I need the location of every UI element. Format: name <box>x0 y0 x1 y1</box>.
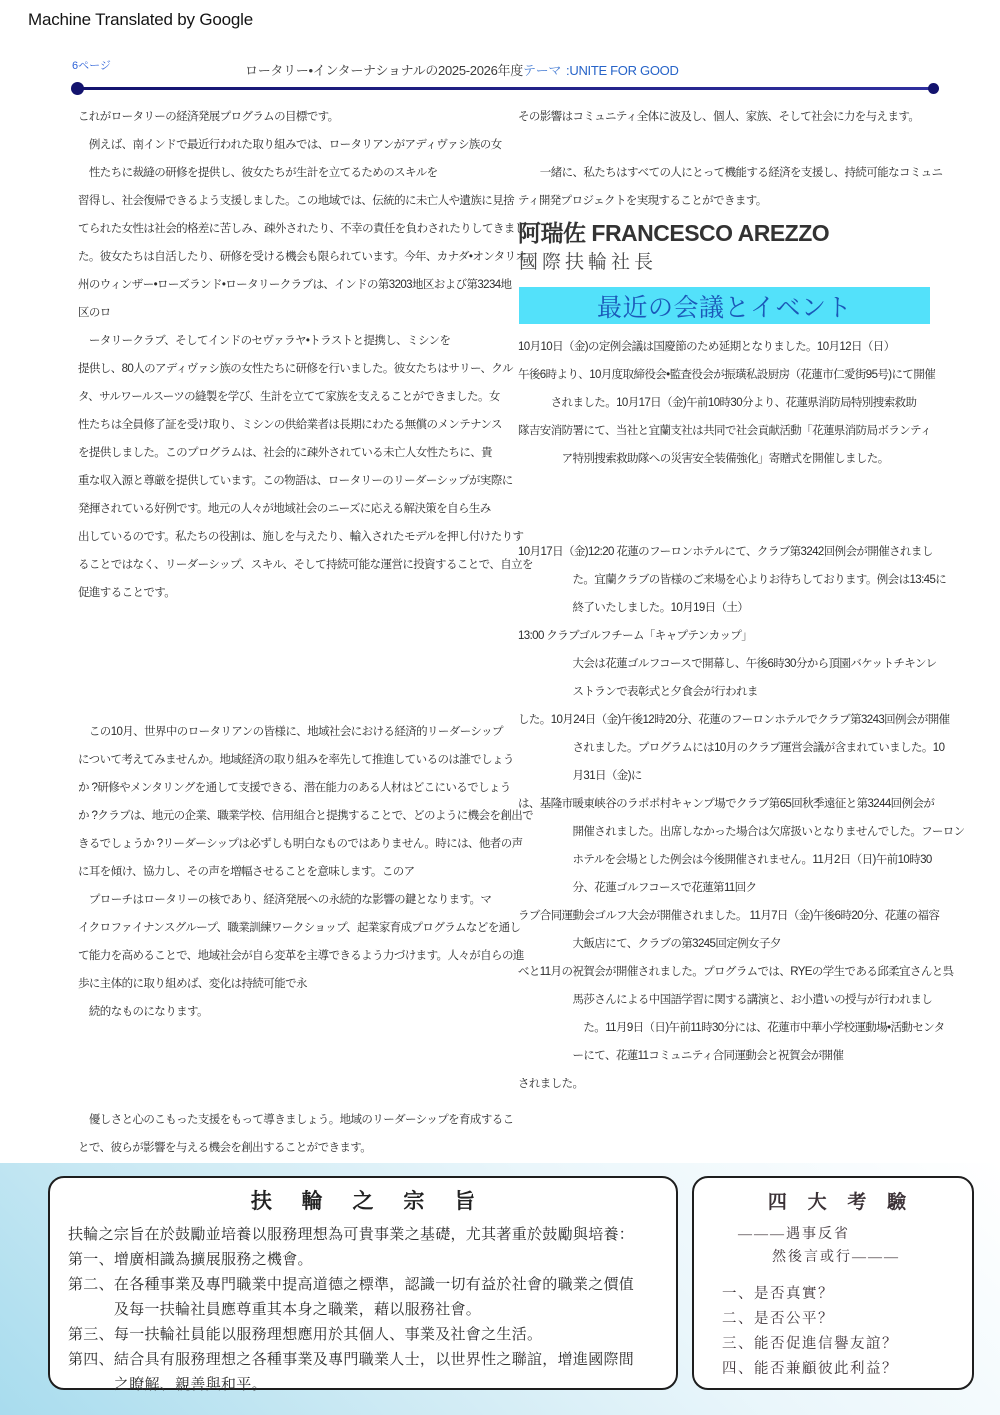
text-line: タ、サルワールスーツの縫製を学び、生計を立てて家族を支えることができました。女 <box>78 383 548 411</box>
text-line: 午後6時より、10月度取締役会•監査役会が振璜私設厨房（花蓮市仁愛街95号)にて… <box>518 361 948 389</box>
text-line: 隊吉安消防署にて、当社と宜蘭支社は共同で社会貢献活動「花蓮県消防局ボランティ <box>518 417 948 445</box>
text-line: について考えてみませんか。地域経済の取り組みを率先して推進しているのは誰でしょう <box>78 746 548 774</box>
text-line: きるでしょうか ?リーダーシップは必ずしも明白なものではありません。時には、他者… <box>78 830 548 858</box>
right-column-intro: その影響はコミュニティ全体に波及し、個人、家族、そして社会に力を与えます。 一緒… <box>518 103 948 215</box>
text-line: 馬莎さんによる中国語学習に関する講演と、お小遣いの授与が行われまし <box>518 986 948 1014</box>
text-line: 10月17日（金)12:20 花蓮のフーロンホテルにて、クラブ第3242回例会が… <box>518 538 948 566</box>
president-signature-title: 國際扶輪社長 <box>519 247 657 274</box>
text-line: されました。10月17日（金)午前10時30分より、花蓮県消防局特別捜索救助 <box>518 389 948 417</box>
text-line: 三、能否促進信譽友誼？ <box>722 1332 960 1357</box>
text-line: た。彼女たちは自活したり、研修を受ける機会も限られています。今年、カナダ•オンタ… <box>78 243 548 271</box>
text-line: てられた女性は社会的格差に苦しみ、疎外されたり、不幸の責任を負わされたりしてきま… <box>78 215 548 243</box>
text-line: 大飯店にて、クラブの第3245回定例女子夕 <box>518 930 948 958</box>
text-line: 歩に主体的に取り組めば、変化は持続可能で永 <box>78 970 548 998</box>
text-line: べと11月の祝賀会が開催されました。プログラムでは、RYEの学生である邱柔宜さん… <box>518 958 948 986</box>
header-theme-value: :UNITE FOR GOOD <box>566 63 679 78</box>
text-line: は、基隆市暖東峡谷のラポポ村キャンプ場でクラブ第65回秋季遠征と第3244回例会… <box>518 790 948 818</box>
text-line: 性たちに裁縫の研修を提供し、彼女たちが生計を立てるためのスキルを <box>78 159 548 187</box>
president-signature-name: 阿瑞佐 FRANCESCO AREZZO <box>518 215 829 248</box>
text-line: 一、是否真實？ <box>722 1282 960 1307</box>
text-line: 州のウィンザー•ローズランド•ロータリークラブは、インドの第3203地区および第… <box>78 271 548 299</box>
text-line: ーにて、花蓮11コミュニティ合同運動会と祝賀会が開催 <box>518 1042 948 1070</box>
text-line: これがロータリーの経済発展プログラムの目標です。 <box>78 103 548 131</box>
text-line: した。10月24日（金)午後12時20分、花蓮のフーロンホテルでクラブ第3243… <box>518 706 948 734</box>
text-line: 13:00 クラブゴルフチーム「キャプテンカップ」 <box>518 622 948 650</box>
four-way-test-items: 一、是否真實？二、是否公平？三、能否促進信譽友誼？四、能否兼顧彼此利益？ <box>714 1282 960 1382</box>
text-line: 促進することです。 <box>78 579 548 607</box>
text-line: ストランで表彰式と夕食会が行われま <box>518 678 948 706</box>
text-line: て能力を高めることで、地域社会が自ら変革を主導できるよう力づけます。人々が自らの… <box>78 942 548 970</box>
text-line: 二、是否公平？ <box>722 1307 960 1332</box>
four-way-test-box: 四 大 考 驗 ———遇事反省 然後言或行——— 一、是否真實？二、是否公平？三… <box>692 1176 974 1390</box>
text-line: イクロファイナンスグループ、職業訓練ワークショップ、起業家育成プログラムなどを通… <box>78 914 548 942</box>
text-line: 開催されました。出席しなかった場合は欠席扱いとなりませんでした。フーロン <box>518 818 948 846</box>
text-line: 第二、在各種事業及專門職業中提高道德之標準，認識一切有益於社會的職業之價值 <box>68 1272 658 1297</box>
document-page: Machine Translated by Google 6ページ ロータリー•… <box>0 0 1000 1415</box>
text-line: 一緒に、私たちはすべての人にとって機能する経済を支援し、持続可能なコミュニ <box>518 159 948 187</box>
text-line: ホテルを会場とした例会は今後開催されません。11月2日（日)午前10時30 <box>518 846 948 874</box>
text-line: 第四、結合具有服務理想之各種事業及專門職業人士，以世界性之聯誼，增進國際間 <box>68 1347 658 1372</box>
text-line: ータリークラブ、そしてインドのセヴァラヤ•トラストと提携し、ミシンを <box>78 327 548 355</box>
text-line: 習得し、社会復帰できるよう支援しました。この地域では、伝統的に未亡人や遺族に見捨 <box>78 187 548 215</box>
text-line: その影響はコミュニティ全体に波及し、個人、家族、そして社会に力を与えます。 <box>518 103 948 131</box>
text-line: されました。プログラムには10月のクラブ運営会議が含まれていました。10 <box>518 734 948 762</box>
rotary-purpose-text: 扶輪之宗旨在於鼓勵並培養以服務理想為可貴事業之基礎，尤其著重於鼓勵與培養：第一、… <box>68 1222 658 1397</box>
events-section-banner: 最近の会議とイベント <box>519 287 930 324</box>
text-line: 優しさと心のこもった支援をもって導きましょう。地域のリーダーシップを育成するこ <box>78 1106 548 1134</box>
text-line: ラブ合同運動会ゴルフ大会が開催されました。 11月7日（金)午後6時20分、花蓮… <box>518 902 948 930</box>
events-paragraph-1: 10月10日（金)の定例会議は国慶節のため延期となりました。10月12日（日）午… <box>518 333 948 473</box>
text-line: ア特別捜索救助隊への災害安全装備強化」寄贈式を開催しました。 <box>518 445 948 473</box>
text-line: 例えば、南インドで最近行われた取り組みでは、ロータリアンがアディヴァシ族の女 <box>78 131 548 159</box>
text-line: 出しているのです。私たちの役割は、施しを与えたり、輸入されたモデルを押し付けたり… <box>78 523 548 551</box>
text-line: 之瞭解、親善與和平。 <box>68 1372 658 1397</box>
text-line: ティ開発プロジェクトを実現することができます。 <box>518 187 948 215</box>
text-line: 扶輪之宗旨在於鼓勵並培養以服務理想為可貴事業之基礎，尤其著重於鼓勵與培養： <box>68 1222 658 1247</box>
text-line: 月31日（金)に <box>518 762 948 790</box>
text-line: 重な収入源と尊厳を提供しています。この物語は、ロータリーのリーダーシップが実際に <box>78 467 548 495</box>
left-column-paragraph-2: この10月、世界中のロータリアンの皆様に、地域社会における経済的リーダーシップに… <box>78 718 548 1026</box>
text-line: 第三、每一扶輪社員能以服務理想應用於其個人、事業及社會之生活。 <box>68 1322 658 1347</box>
machine-translation-note: Machine Translated by Google <box>28 10 253 30</box>
text-line: た。11月9日（日)午前11時30分には、花蓮市中華小学校運動場•活動センタ <box>518 1014 948 1042</box>
text-line: 続的なものになります。 <box>78 998 548 1026</box>
left-column-paragraph-1: これがロータリーの経済発展プログラムの目標です。 例えば、南インドで最近行われた… <box>78 103 548 607</box>
text-line: 第一、增廣相識為擴展服務之機會。 <box>68 1247 658 1272</box>
text-line <box>518 131 948 159</box>
header-theme-label: テーマ <box>523 63 561 78</box>
text-line: た。宜蘭クラブの皆様のご来場を心よりお待ちしております。例会は13:45に <box>518 566 948 594</box>
four-way-test-subtitle-1: ———遇事反省 <box>714 1223 960 1246</box>
text-line: に耳を傾け、協力し、その声を増幅させることを意味します。このア <box>78 858 548 886</box>
text-line: この10月、世界中のロータリアンの皆様に、地域社会における経済的リーダーシップ <box>78 718 548 746</box>
divider-left-dot-icon <box>71 82 84 95</box>
text-line: 性たちは全員修了証を受け取り、ミシンの供給業者は長期にわたる無償のメンテナンス <box>78 411 548 439</box>
events-paragraph-2: 10月17日（金)12:20 花蓮のフーロンホテルにて、クラブ第3242回例会が… <box>518 538 948 1098</box>
left-column-paragraph-3: 優しさと心のこもった支援をもって導きましょう。地域のリーダーシップを育成すること… <box>78 1106 548 1162</box>
header-title: ロータリー•インターナショナルの2025-2026年度テーマ:UNITE FOR… <box>245 60 679 79</box>
text-line: されました。 <box>518 1070 948 1098</box>
four-way-test-title: 四 大 考 驗 <box>714 1187 960 1214</box>
text-line: 大会は花蓮ゴルフコースで開幕し、午後6時30分から頂園バケットチキンレ <box>518 650 948 678</box>
rotary-purpose-box: 扶 輪 之 宗 旨 扶輪之宗旨在於鼓勵並培養以服務理想為可貴事業之基礎，尤其著重… <box>48 1176 678 1390</box>
text-line: 四、能否兼顧彼此利益？ <box>722 1357 960 1382</box>
text-line: を提供しました。このプログラムは、社会的に疎外されている未亡人女性たちに、貴 <box>78 439 548 467</box>
text-line: 提供し、80人のアディヴァシ族の女性たちに研修を行いました。彼女たちはサリー、ク… <box>78 355 548 383</box>
page-number: 6ページ <box>72 57 111 73</box>
text-line: 10月10日（金)の定例会議は国慶節のため延期となりました。10月12日（日） <box>518 333 948 361</box>
text-line: ることではなく、リーダーシップ、スキル、そして持続可能な運営に投資することで、自… <box>78 551 548 579</box>
text-line: 分、花蓮ゴルフコースで花蓮第11回ク <box>518 874 948 902</box>
text-line: か ?クラブは、地元の企業、職業学校、信用組合と提携することで、どのように機会を… <box>78 802 548 830</box>
rotary-purpose-title: 扶 輪 之 宗 旨 <box>68 1185 658 1215</box>
text-line: 区のロ <box>78 299 548 327</box>
text-line: 終了いたしました。10月19日（土） <box>518 594 948 622</box>
four-way-test-subtitle-2: 然後言或行——— <box>714 1246 960 1269</box>
text-line: プローチはロータリーの核であり、経済発展への永続的な影響の鍵となります。マ <box>78 886 548 914</box>
text-line: 発揮されている好例です。地元の人々が地域社会のニーズに応える解決策を自ら生み <box>78 495 548 523</box>
header-title-prefix: ロータリー•インターナショナルの2025-2026年度 <box>245 63 523 78</box>
text-line: か ?研修やメンタリングを通して支援できる、潜在能力のある人材はどこにいるでしょ… <box>78 774 548 802</box>
header-divider <box>78 87 932 90</box>
text-line: 及每一扶輪社員應尊重其本身之職業，藉以服務社會。 <box>68 1297 658 1322</box>
text-line: とで、彼らが影響を与える機会を創出することができます。 <box>78 1134 548 1162</box>
divider-right-dot-icon <box>928 83 939 94</box>
